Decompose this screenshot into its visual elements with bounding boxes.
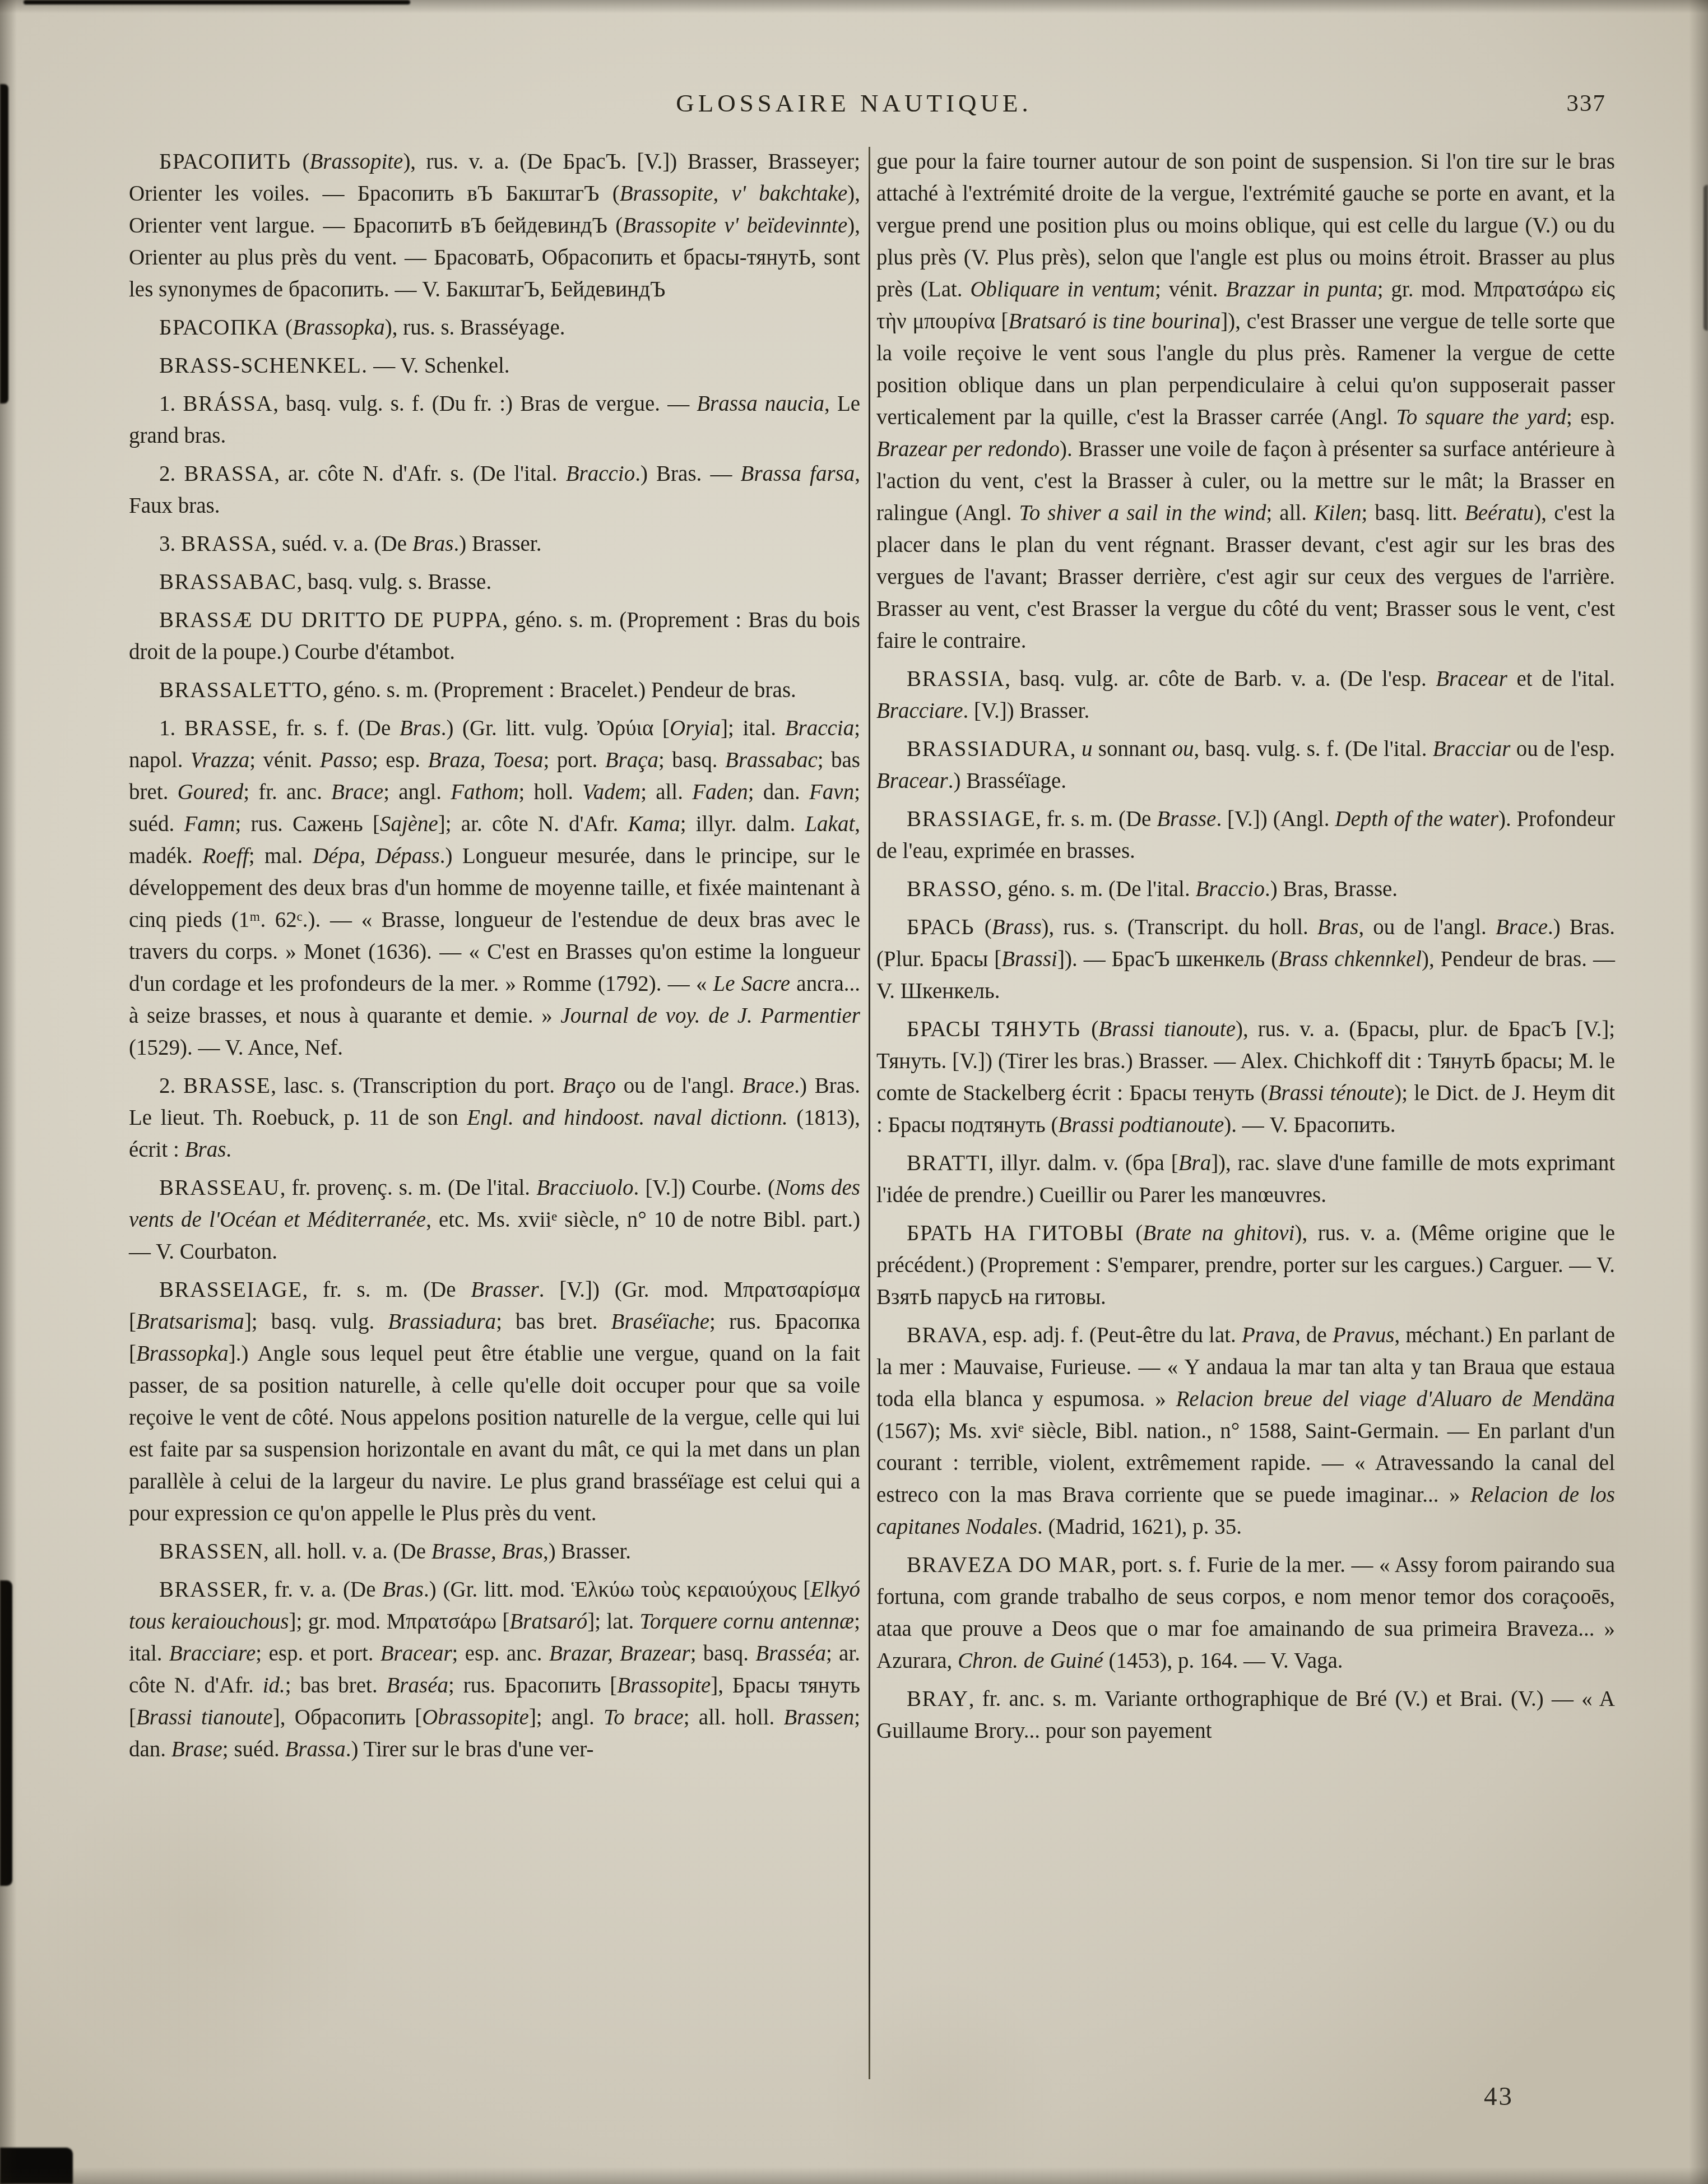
entry-brava: BRAVA, esp. adj. f. (Peut-être du lat. P… — [876, 1319, 1615, 1543]
entry-brassa-3: 3. BRASSA, suéd. v. a. (De Bras.) Brasse… — [129, 528, 860, 560]
entry-brassiadura: BRASSIADURA, u sonnant ou, basq. vulg. s… — [876, 733, 1615, 797]
scan-edge-artifact — [0, 2148, 73, 2184]
page-number: 337 — [1567, 90, 1607, 117]
entry-brasseiage: BRASSEIAGE, fr. s. m. (De Brasser. [V.])… — [129, 1274, 860, 1529]
entry-brasser: BRASSER, fr. v. a. (De Bras.) (Gr. litt.… — [129, 1574, 860, 1765]
running-title: GLOSSAIRE NAUTIQUE. — [0, 89, 1708, 118]
entry-brassaletto: BRASSALETTO, géno. s. m. (Proprement : B… — [129, 674, 860, 706]
scan-edge-artifact — [24, 0, 410, 4]
scan-edge-artifact — [0, 1580, 12, 1886]
entry-brassia: BRASSIA, basq. vulg. ar. côte de Barb. v… — [876, 663, 1615, 727]
entry-braveza-do-mar: BRAVEZA DO MAR, port. s. f. Furie de la … — [876, 1549, 1615, 1677]
entry-brassa-2: 2. BRASSA, ar. côte N. d'Afr. s. (De l'i… — [129, 458, 860, 522]
entry-brasso: BRASSO, géno. s. m. (De l'ital. Braccio.… — [876, 873, 1615, 905]
entry-brassabac: BRASSABAC, basq. vulg. s. Brasse. — [129, 566, 860, 598]
right-column: gue pour la faire tourner autour de son … — [876, 146, 1615, 1753]
entry-brassen: BRASSEN, all. holl. v. a. (De Brasse, Br… — [129, 1536, 860, 1568]
scan-edge-artifact — [0, 84, 8, 404]
entry-brate-na-ghitovi: БРАТЬ НА ГИТОВЫ (Brate na ghitovi), rus.… — [876, 1217, 1615, 1313]
left-column: БРАСОПИТЬ (Brassopite), rus. v. a. (De Б… — [129, 146, 860, 1772]
entry-brass-schenkel: BRASS-SCHENKEL. — V. Schenkel. — [129, 350, 860, 382]
entry-brassopite: БРАСОПИТЬ (Brassopite), rus. v. a. (De Б… — [129, 146, 860, 305]
scan-edge-artifact — [1704, 185, 1708, 331]
scanned-page: GLOSSAIRE NAUTIQUE. 337 БРАСОПИТЬ (Brass… — [0, 0, 1708, 2184]
entry-brasse-2: 2. BRASSE, lasc. s. (Transcription du po… — [129, 1070, 860, 1166]
entry-bratti: BRATTI, illyr. dalm. v. (бра [Bra]), rac… — [876, 1147, 1615, 1211]
entry-brasseau: BRASSEAU, fr. provenç. s. m. (De l'ital.… — [129, 1172, 860, 1268]
column-divider — [869, 147, 870, 2079]
entry-brasse-1: 1. BRASSE, fr. s. f. (De Bras.) (Gr. lit… — [129, 712, 860, 1064]
entry-brassi-tianoute: БРАСЫ ТЯНУТЬ (Brassi tianoute), rus. v. … — [876, 1013, 1615, 1141]
entry-brass-rus: БРАСЬ (Brass), rus. s. (Transcript. du h… — [876, 911, 1615, 1007]
continuation-brasser: gue pour la faire tourner autour de son … — [876, 146, 1615, 657]
signature-mark: 43 — [1484, 2081, 1514, 2112]
entry-brassopka: БРАСОПКА (Brassopka), rus. s. Brasséyage… — [129, 312, 860, 344]
entry-brassa-1: 1. BRÁSSA, basq. vulg. s. f. (Du fr. :) … — [129, 388, 860, 452]
entry-bray: BRAY, fr. anc. s. m. Variante orthograph… — [876, 1683, 1615, 1747]
text-block: БРАСОПИТЬ (Brassopite), rus. v. a. (De Б… — [129, 146, 1615, 2079]
entry-brassae-du-dritto-de-puppa: BRASSÆ DU DRITTO DE PUPPA, géno. s. m. (… — [129, 604, 860, 668]
entry-brassiage: BRASSIAGE, fr. s. m. (De Brasse. [V.]) (… — [876, 803, 1615, 867]
